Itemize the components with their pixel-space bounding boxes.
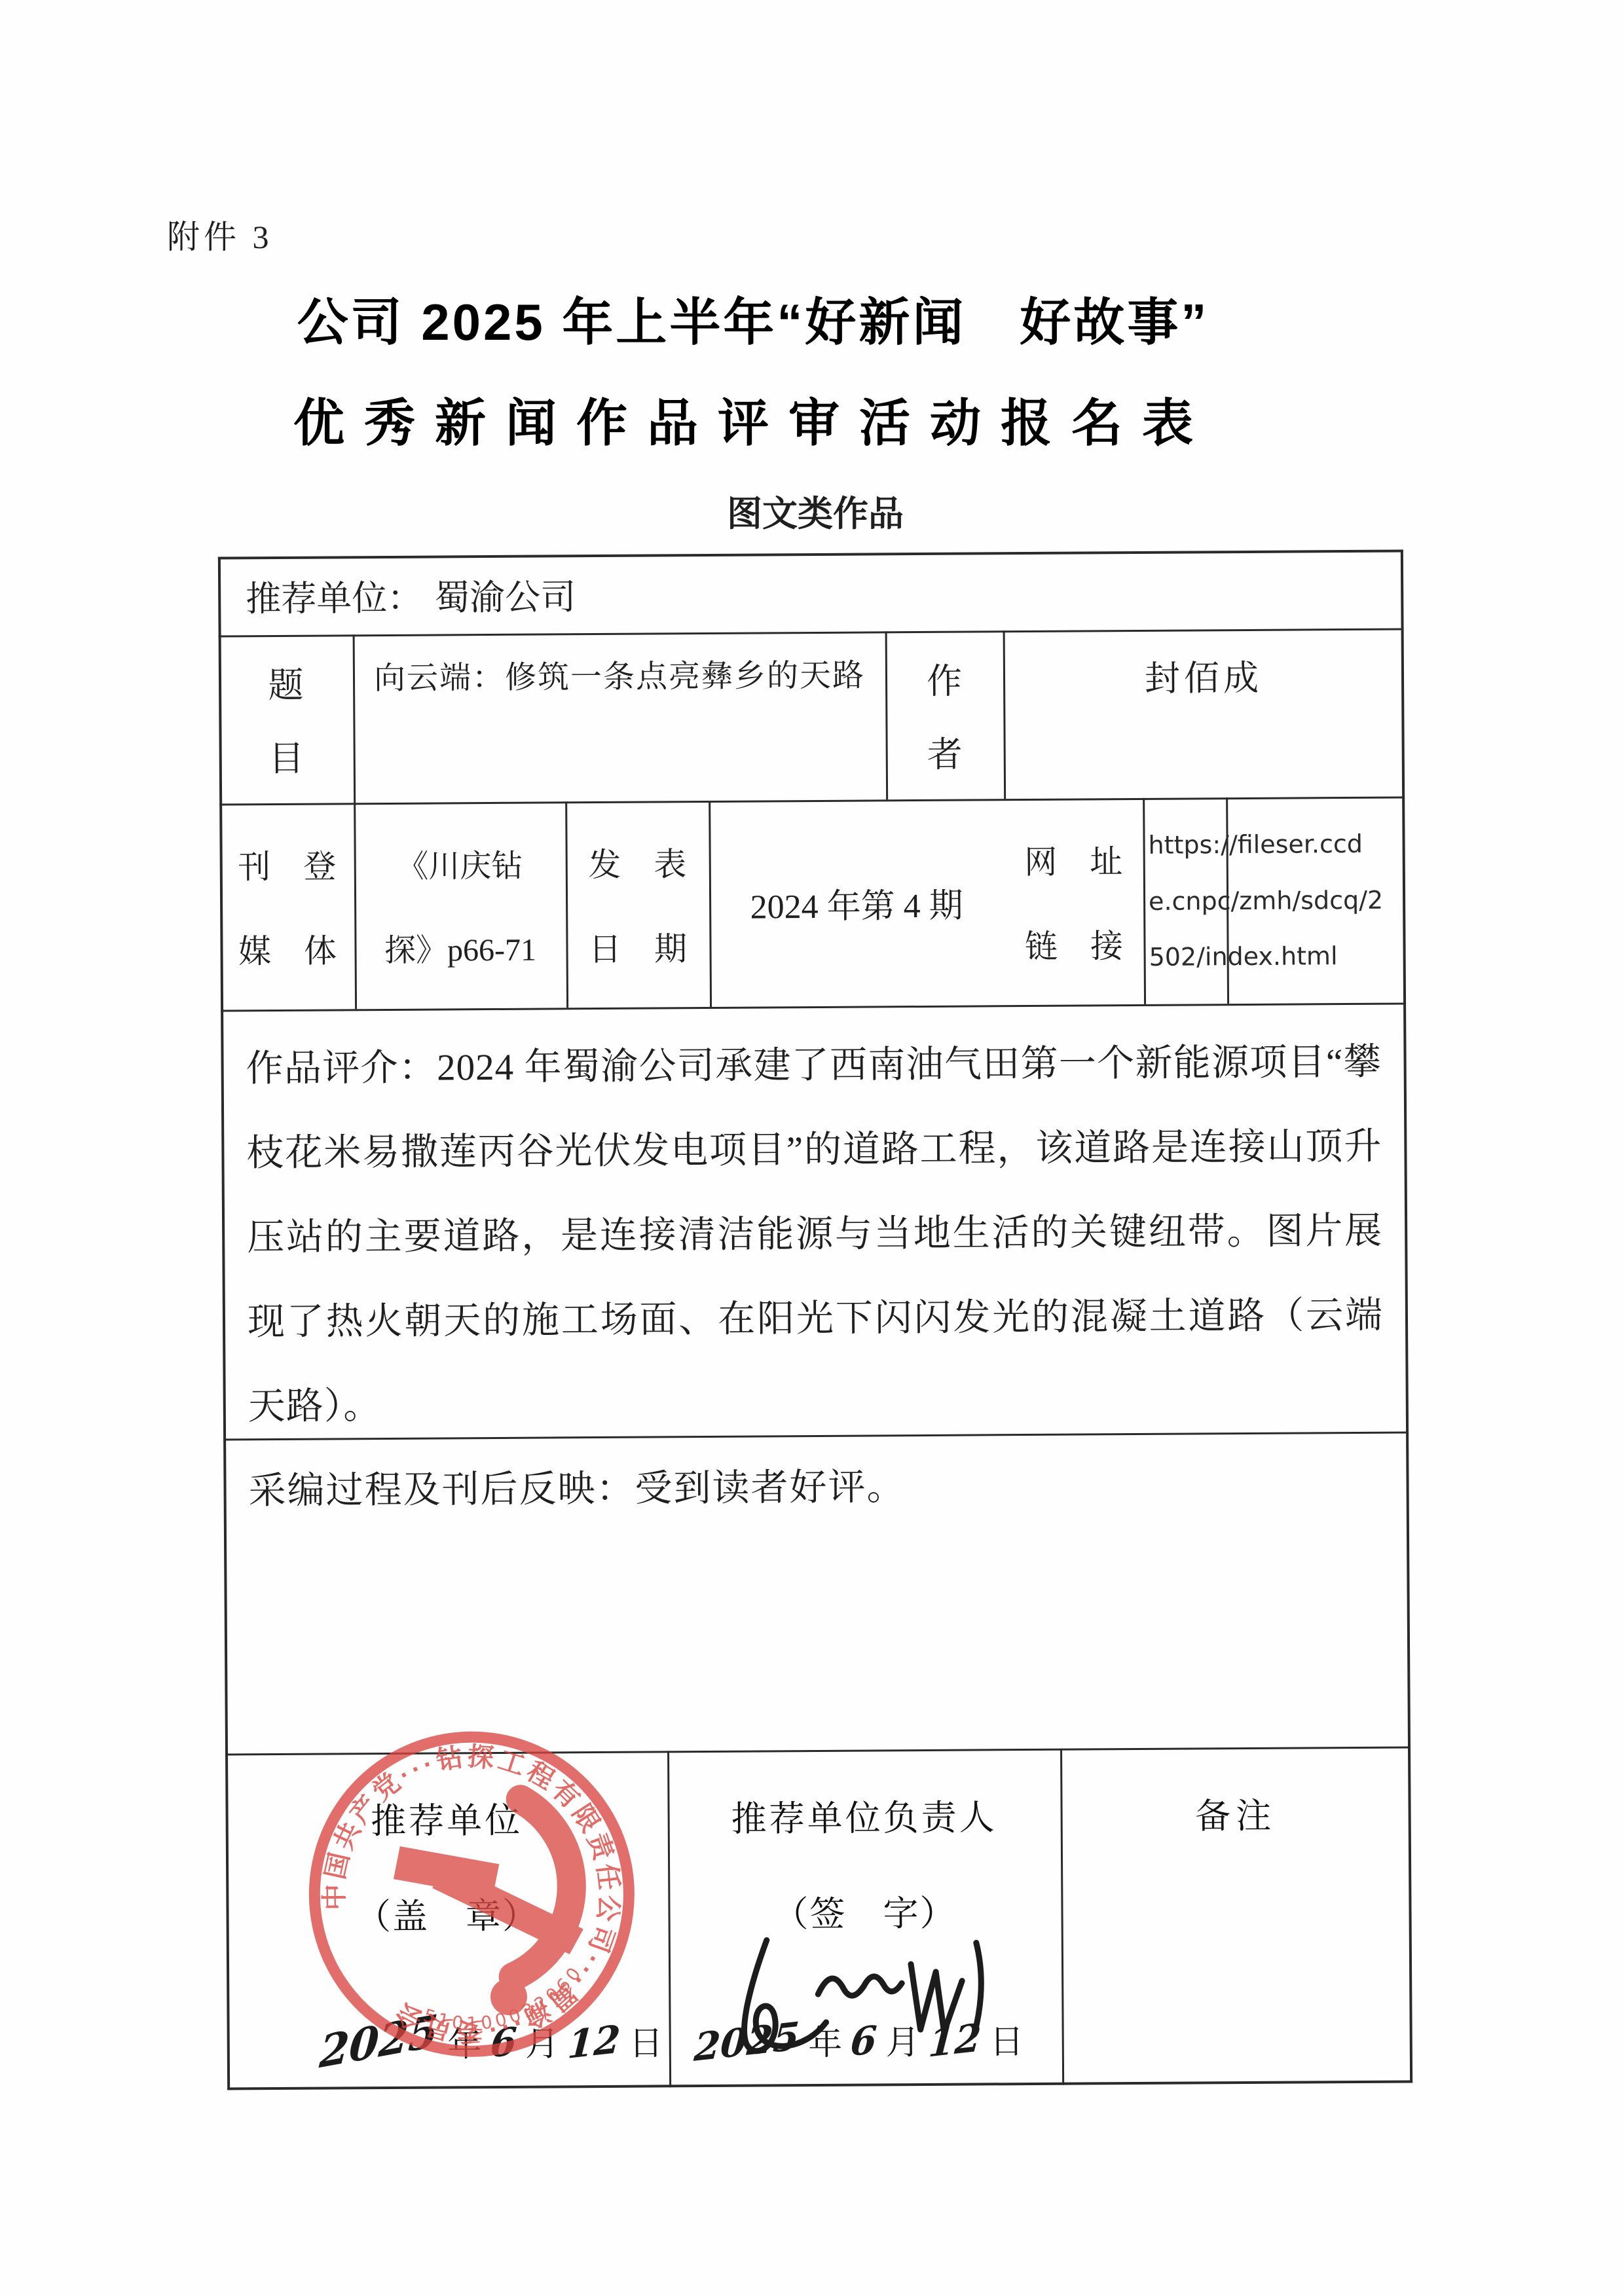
publish-date-label-line2: 日 期 xyxy=(589,922,687,970)
recommend-unit-value: 蜀渝公司 xyxy=(434,569,576,620)
author-value: 封佰成 xyxy=(1003,628,1405,799)
publish-date-value: 2024 年第 4 期 xyxy=(709,799,1005,1007)
media-label-line1: 刊 登 xyxy=(238,840,336,888)
media-value-line2: 探》p66-71 xyxy=(384,924,536,970)
remark-title: 备注 xyxy=(1060,1787,1411,1839)
remark-cell: 备注 xyxy=(1060,1746,1412,2085)
editorial-feedback-text: 采编过程及刊后反映：受到读者好评。 xyxy=(223,1431,1411,1753)
url-label-line2: 链 接 xyxy=(1025,920,1123,968)
url-label-line1: 网 址 xyxy=(1024,835,1122,883)
leader-date-day-handwritten: 12 xyxy=(927,2015,983,2066)
recommend-unit-label: 推荐单位： xyxy=(246,570,422,621)
row-recommend-unit: 推荐单位： 蜀渝公司 xyxy=(218,549,1404,635)
leader-date-month-label: 月 xyxy=(885,2024,919,2062)
media-label-line2: 媒 体 xyxy=(238,924,337,972)
leader-date-year-label: 年 xyxy=(808,2025,842,2062)
url-value: https://fileser.ccd e.cnpc/zmh/sdcq/2 50… xyxy=(1143,796,1406,1004)
document-title: 公司 2025 年上半年“好新闻 好故事” 优秀新闻作品评审活动报名表 xyxy=(196,282,1310,456)
category-subtitle: 图文类作品 xyxy=(223,486,1408,536)
url-line2: e.cnpc/zmh/sdcq/2 xyxy=(1149,885,1405,915)
work-title-label: 题 目 xyxy=(219,634,354,803)
document-title-line2: 优秀新闻作品评审活动报名表 xyxy=(196,382,1310,456)
leader-date-month-handwritten: 6 xyxy=(849,2017,879,2065)
leader-signature-cell: 推荐单位负责人 （签 字） 2025 年 6 月 12 日 xyxy=(667,1749,1062,2088)
media-value-line1: 《川庆钻 xyxy=(397,841,523,886)
publish-date-label-line1: 发 表 xyxy=(588,838,686,886)
url-label: 网 址 链 接 xyxy=(1003,798,1144,1005)
work-title-label-char2: 目 xyxy=(268,730,304,780)
leader-date-year-handwritten: 2025 xyxy=(693,2013,801,2070)
publish-date-label: 发 表 日 期 xyxy=(565,801,710,1008)
url-line1: https://fileser.ccd xyxy=(1148,829,1405,859)
work-title-value: 向云端：修筑一条点亮彝乡的天路 xyxy=(353,631,887,803)
author-label: 作 者 xyxy=(885,630,1005,799)
author-label-char2: 者 xyxy=(927,726,962,776)
document-title-line1: 公司 2025 年上半年“好新闻 好故事” xyxy=(196,282,1310,355)
leader-date-day-label: 日 xyxy=(989,2024,1024,2061)
scanned-form-page: 附件 3 公司 2025 年上半年“好新闻 好故事” 优秀新闻作品评审活动报名表… xyxy=(0,0,1624,2296)
leader-date: 2025 年 6 月 12 日 xyxy=(693,2014,1024,2065)
author-label-char1: 作 xyxy=(927,653,962,704)
signature-cell-title: 推荐单位负责人 xyxy=(667,1789,1060,1842)
work-title-label-char1: 题 xyxy=(268,657,303,708)
attachment-label: 附件 3 xyxy=(167,211,273,258)
media-label: 刊 登 媒 体 xyxy=(219,803,355,1010)
work-review-text: 作品评介：2024 年蜀渝公司承建了西南油气田第一个新能源项目“攀枝花米易撒莲丙… xyxy=(221,1002,1409,1438)
form-table: 推荐单位： 蜀渝公司 题 目 向云端：修筑一条点亮彝乡的天路 作 者 封佰成 刊… xyxy=(218,549,1412,2090)
url-line3: 502/index.html xyxy=(1149,941,1405,972)
media-value: 《川庆钻 探》p66-71 xyxy=(354,801,566,1009)
